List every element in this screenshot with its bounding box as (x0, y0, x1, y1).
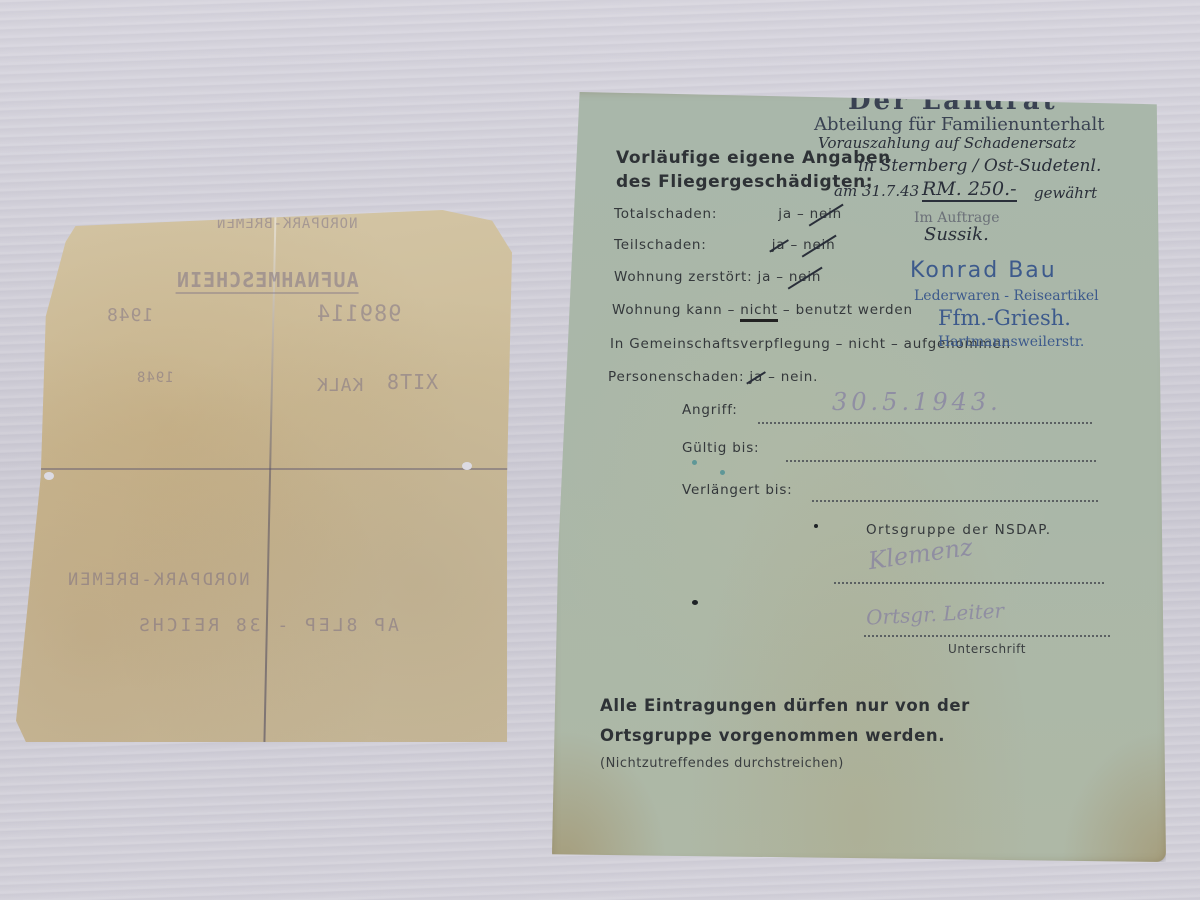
answer-yes-struck: ja (772, 237, 786, 253)
question-label: Wohnung zerstört: (614, 269, 752, 285)
stamp-name: Konrad Bau (910, 258, 1057, 283)
left-document-card: NORDPARK-BREMEN AUFNAHMESCHEIN 989114 19… (16, 210, 512, 742)
ink-speck (720, 470, 725, 475)
question-label: Personenschaden: (608, 369, 744, 385)
bleed-mark: KALK (316, 375, 363, 396)
department-heading: Abteilung für Familienunterhalt (814, 114, 1105, 135)
bleed-mark: 1948 (106, 305, 153, 326)
handwritten-amount: RM. 250.- (922, 178, 1017, 202)
stamp-line-3: Ffm.-Griesh. (938, 306, 1071, 330)
signature-caption: Unterschrift (948, 642, 1026, 656)
answer-no-struck: nein (789, 269, 821, 285)
ink-speck (814, 524, 818, 528)
answer-no-struck: nein (803, 237, 835, 253)
question-personal-injury: Personenschaden: ja – nein. (608, 369, 818, 385)
separator: – (797, 206, 805, 222)
party-signature-2: Ortsgr. Leiter (865, 598, 1004, 629)
separator: – (836, 336, 844, 352)
question-rest: benutzt werden (796, 302, 913, 318)
party-signature-1: Klemenz (867, 533, 975, 575)
question-partial-damage: Teilschaden: ja – nein (614, 237, 835, 253)
bleed-title: AUFNAHMESCHEIN (176, 268, 359, 294)
field-valid-until-line (786, 460, 1096, 462)
field-valid-until-label: Gültig bis: (682, 440, 759, 456)
footer-instruction: (Nichtzutreffendes durchstreichen) (600, 756, 844, 771)
handwritten-granted: gewährt (1034, 184, 1097, 202)
form-title-line-1: Vorläufige eigene Angaben (616, 148, 891, 168)
punch-hole (462, 462, 472, 470)
bleed-number: 989114 (316, 302, 401, 327)
ink-speck (692, 600, 698, 605)
bleed-mark: NORDPARK-BREMEN (66, 570, 250, 590)
bleed-mark: AP 8LEP - 38 REICHS (136, 615, 399, 636)
question-label: Wohnung kann (612, 302, 722, 318)
question-label: Totalschaden: (614, 206, 717, 222)
form-title-line-2: des Fliegergeschädigten: (616, 172, 873, 192)
separator: – (891, 336, 899, 352)
right-document-card: Der Landrat Abteilung für Familienunterh… (552, 92, 1166, 862)
stamp-line-2: Lederwaren - Reiseartikel (914, 288, 1099, 304)
answer-yes: ja (758, 269, 772, 285)
signature-line-2 (864, 635, 1110, 637)
field-attack-label: Angriff: (682, 402, 738, 418)
answer-middle: nicht (848, 336, 886, 352)
answer-yes-struck: ja (749, 369, 763, 385)
field-extended-until-line (812, 500, 1098, 502)
question-label: In Gemeinschaftsverpflegung (610, 336, 831, 352)
field-attack-line (758, 422, 1092, 424)
separator: – (768, 369, 776, 385)
field-attack-value: 30.5.1943. (832, 388, 1002, 416)
separator: – (790, 237, 798, 253)
field-extended-until-label: Verlängert bis: (682, 482, 793, 498)
answer-yes: ja (778, 206, 792, 222)
separator: – (783, 302, 791, 318)
answer-no-struck: nein (810, 206, 842, 222)
bleed-mark: XIT8 (386, 370, 438, 394)
authority-heading: Der Landrat (848, 86, 1058, 116)
question-home-usable: Wohnung kann – nicht – benutzt werden (612, 302, 913, 318)
answer-underlined: nicht (740, 302, 778, 322)
punch-hole (44, 472, 54, 480)
question-total-damage: Totalschaden: ja – nein (614, 206, 842, 222)
separator: – (776, 269, 784, 285)
bleed-mark: 1948 (136, 370, 174, 386)
stamp-line-4: Hartmannsweilerstr. (938, 334, 1084, 350)
bleed-mark: NORDPARK-BREMEN (216, 216, 357, 232)
ink-speck (692, 460, 697, 465)
separator: – (728, 302, 736, 318)
footer-notice-line-2: Ortsgruppe vorgenommen werden. (600, 726, 945, 745)
on-behalf-signature: Sussik. (924, 224, 989, 245)
handwritten-line-2: in Sternberg / Ost-Sudetenl. (858, 156, 1101, 176)
horizontal-fold (36, 468, 512, 470)
footer-notice-line-1: Alle Eintragungen dürfen nur von der (600, 696, 970, 715)
answer-no: nein. (781, 369, 818, 385)
signature-line-1 (834, 582, 1104, 584)
question-label: Teilschaden: (614, 237, 707, 253)
question-home-destroyed: Wohnung zerstört: ja – nein (614, 269, 821, 285)
